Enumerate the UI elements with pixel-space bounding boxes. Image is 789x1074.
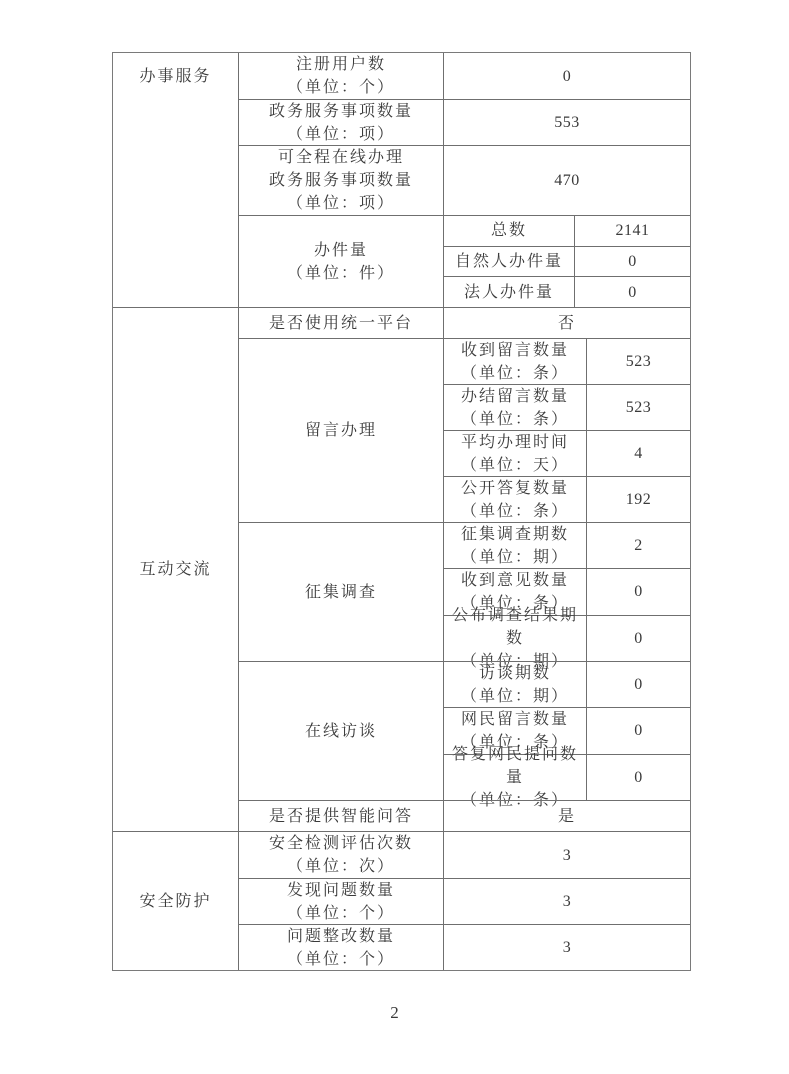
table-row: 注册用户数 （单位：个） 0: [239, 53, 690, 99]
subrow-value: 2: [587, 523, 690, 568]
table-subrow: 收到留言数量 （单位：条） 523: [444, 339, 690, 384]
table-row: 问题整改数量 （单位：个） 3: [239, 924, 690, 970]
subrow-label: 自然人办件量: [444, 247, 575, 277]
subrow-value: 0: [575, 247, 690, 277]
subrow-value: 0: [587, 708, 690, 753]
row-value: 3: [444, 925, 690, 970]
table-row: 征集调查 征集调查期数 （单位：期） 2 收到意见数量 （单位：条） 0 公布调…: [239, 522, 690, 661]
subrow-value: 0: [587, 616, 690, 661]
table-row: 发现问题数量 （单位：个） 3: [239, 878, 690, 924]
subrow-label: 答复网民提问数量 （单位：条）: [444, 755, 587, 800]
table-row: 留言办理 收到留言数量 （单位：条） 523 办结留言数量 （单位：条） 523…: [239, 338, 690, 522]
subrow-value: 523: [587, 339, 690, 384]
subrow-value: 4: [587, 431, 690, 476]
table-row: 在线访谈 访谈期数 （单位：期） 0 网民留言数量 （单位：条） 0 答复网民提…: [239, 661, 690, 800]
row-label: 是否提供智能问答: [239, 801, 443, 831]
subrow-value: 192: [587, 477, 690, 522]
table-row: 可全程在线办理 政务服务事项数量 （单位：项） 470: [239, 145, 690, 215]
table-subrow: 访谈期数 （单位：期） 0: [444, 662, 690, 707]
row-label: 是否使用统一平台: [239, 308, 443, 338]
table-row: 办件量 （单位：件） 总数 2141 自然人办件量 0 法人办件量 0: [239, 215, 690, 307]
row-value: 553: [444, 100, 690, 145]
subrow-label: 征集调查期数 （单位：期）: [444, 523, 587, 568]
table-subrow: 征集调查期数 （单位：期） 2: [444, 523, 690, 568]
row-label: 征集调查: [239, 523, 443, 661]
row-label: 发现问题数量 （单位：个）: [239, 879, 443, 924]
table-subrow: 答复网民提问数量 （单位：条） 0: [444, 754, 690, 800]
subrow-label: 法人办件量: [444, 277, 575, 307]
table-row: 政务服务事项数量 （单位：项） 553: [239, 99, 690, 145]
group-body: 安全检测评估次数 （单位：次） 3 发现问题数量 （单位：个） 3 问题整改数量…: [238, 832, 690, 970]
row-label: 问题整改数量 （单位：个）: [239, 925, 443, 970]
table-subrow: 办结留言数量 （单位：条） 523: [444, 384, 690, 430]
report-table: 办事服务 注册用户数 （单位：个） 0 政务服务事项数量 （单位：项） 553 …: [112, 52, 691, 971]
row-value: 3: [444, 832, 690, 878]
table-subrow: 平均办理时间 （单位：天） 4: [444, 430, 690, 476]
table-row: 是否使用统一平台 否: [239, 308, 690, 338]
row-label: 在线访谈: [239, 662, 443, 800]
subtable: 访谈期数 （单位：期） 0 网民留言数量 （单位：条） 0 答复网民提问数量 （…: [443, 662, 690, 800]
group-body: 注册用户数 （单位：个） 0 政务服务事项数量 （单位：项） 553 可全程在线…: [238, 53, 690, 307]
subtable: 收到留言数量 （单位：条） 523 办结留言数量 （单位：条） 523 平均办理…: [443, 339, 690, 522]
document-page: 办事服务 注册用户数 （单位：个） 0 政务服务事项数量 （单位：项） 553 …: [0, 0, 789, 1074]
subrow-label: 收到留言数量 （单位：条）: [444, 339, 587, 384]
row-label: 注册用户数 （单位：个）: [239, 53, 443, 99]
table-subrow: 自然人办件量 0: [444, 246, 690, 277]
subrow-label: 访谈期数 （单位：期）: [444, 662, 587, 707]
row-label: 政务服务事项数量 （单位：项）: [239, 100, 443, 145]
subrow-label: 平均办理时间 （单位：天）: [444, 431, 587, 476]
group-label: 办事服务: [113, 53, 238, 307]
table-subrow: 公布调查结果期数 （单位：期） 0: [444, 615, 690, 661]
subrow-value: 0: [575, 277, 690, 307]
group-label: 互动交流: [113, 308, 238, 831]
group-office-services: 办事服务 注册用户数 （单位：个） 0 政务服务事项数量 （单位：项） 553 …: [113, 53, 690, 307]
table-subrow: 法人办件量 0: [444, 276, 690, 307]
row-label: 留言办理: [239, 339, 443, 522]
subtable: 总数 2141 自然人办件量 0 法人办件量 0: [443, 216, 690, 307]
subrow-label: 公布调查结果期数 （单位：期）: [444, 616, 587, 661]
row-label: 可全程在线办理 政务服务事项数量 （单位：项）: [239, 146, 443, 215]
table-subrow: 总数 2141: [444, 216, 690, 246]
subrow-value: 523: [587, 385, 690, 430]
row-label: 安全检测评估次数 （单位：次）: [239, 832, 443, 878]
row-value: 0: [444, 53, 690, 99]
subrow-value: 0: [587, 755, 690, 800]
subrow-label: 办结留言数量 （单位：条）: [444, 385, 587, 430]
row-value: 3: [444, 879, 690, 924]
row-value: 470: [444, 146, 690, 215]
subtable: 征集调查期数 （单位：期） 2 收到意见数量 （单位：条） 0 公布调查结果期数…: [443, 523, 690, 661]
row-value: 是: [444, 801, 690, 831]
table-row: 安全检测评估次数 （单位：次） 3: [239, 832, 690, 878]
page-number: 2: [0, 1003, 789, 1023]
table-row: 是否提供智能问答 是: [239, 800, 690, 831]
table-subrow: 公开答复数量 （单位：条） 192: [444, 476, 690, 522]
subrow-label: 总数: [444, 216, 575, 246]
group-label: 安全防护: [113, 832, 238, 970]
group-interaction: 互动交流 是否使用统一平台 否 留言办理 收到留言数量 （单位：条） 523 办…: [113, 307, 690, 831]
subrow-value: 0: [587, 569, 690, 614]
subrow-value: 0: [587, 662, 690, 707]
subrow-label: 公开答复数量 （单位：条）: [444, 477, 587, 522]
row-value: 否: [444, 308, 690, 338]
row-label: 办件量 （单位：件）: [239, 216, 443, 307]
group-body: 是否使用统一平台 否 留言办理 收到留言数量 （单位：条） 523 办结留言数量…: [238, 308, 690, 831]
group-security: 安全防护 安全检测评估次数 （单位：次） 3 发现问题数量 （单位：个） 3 问…: [113, 831, 690, 970]
subrow-value: 2141: [575, 216, 690, 246]
